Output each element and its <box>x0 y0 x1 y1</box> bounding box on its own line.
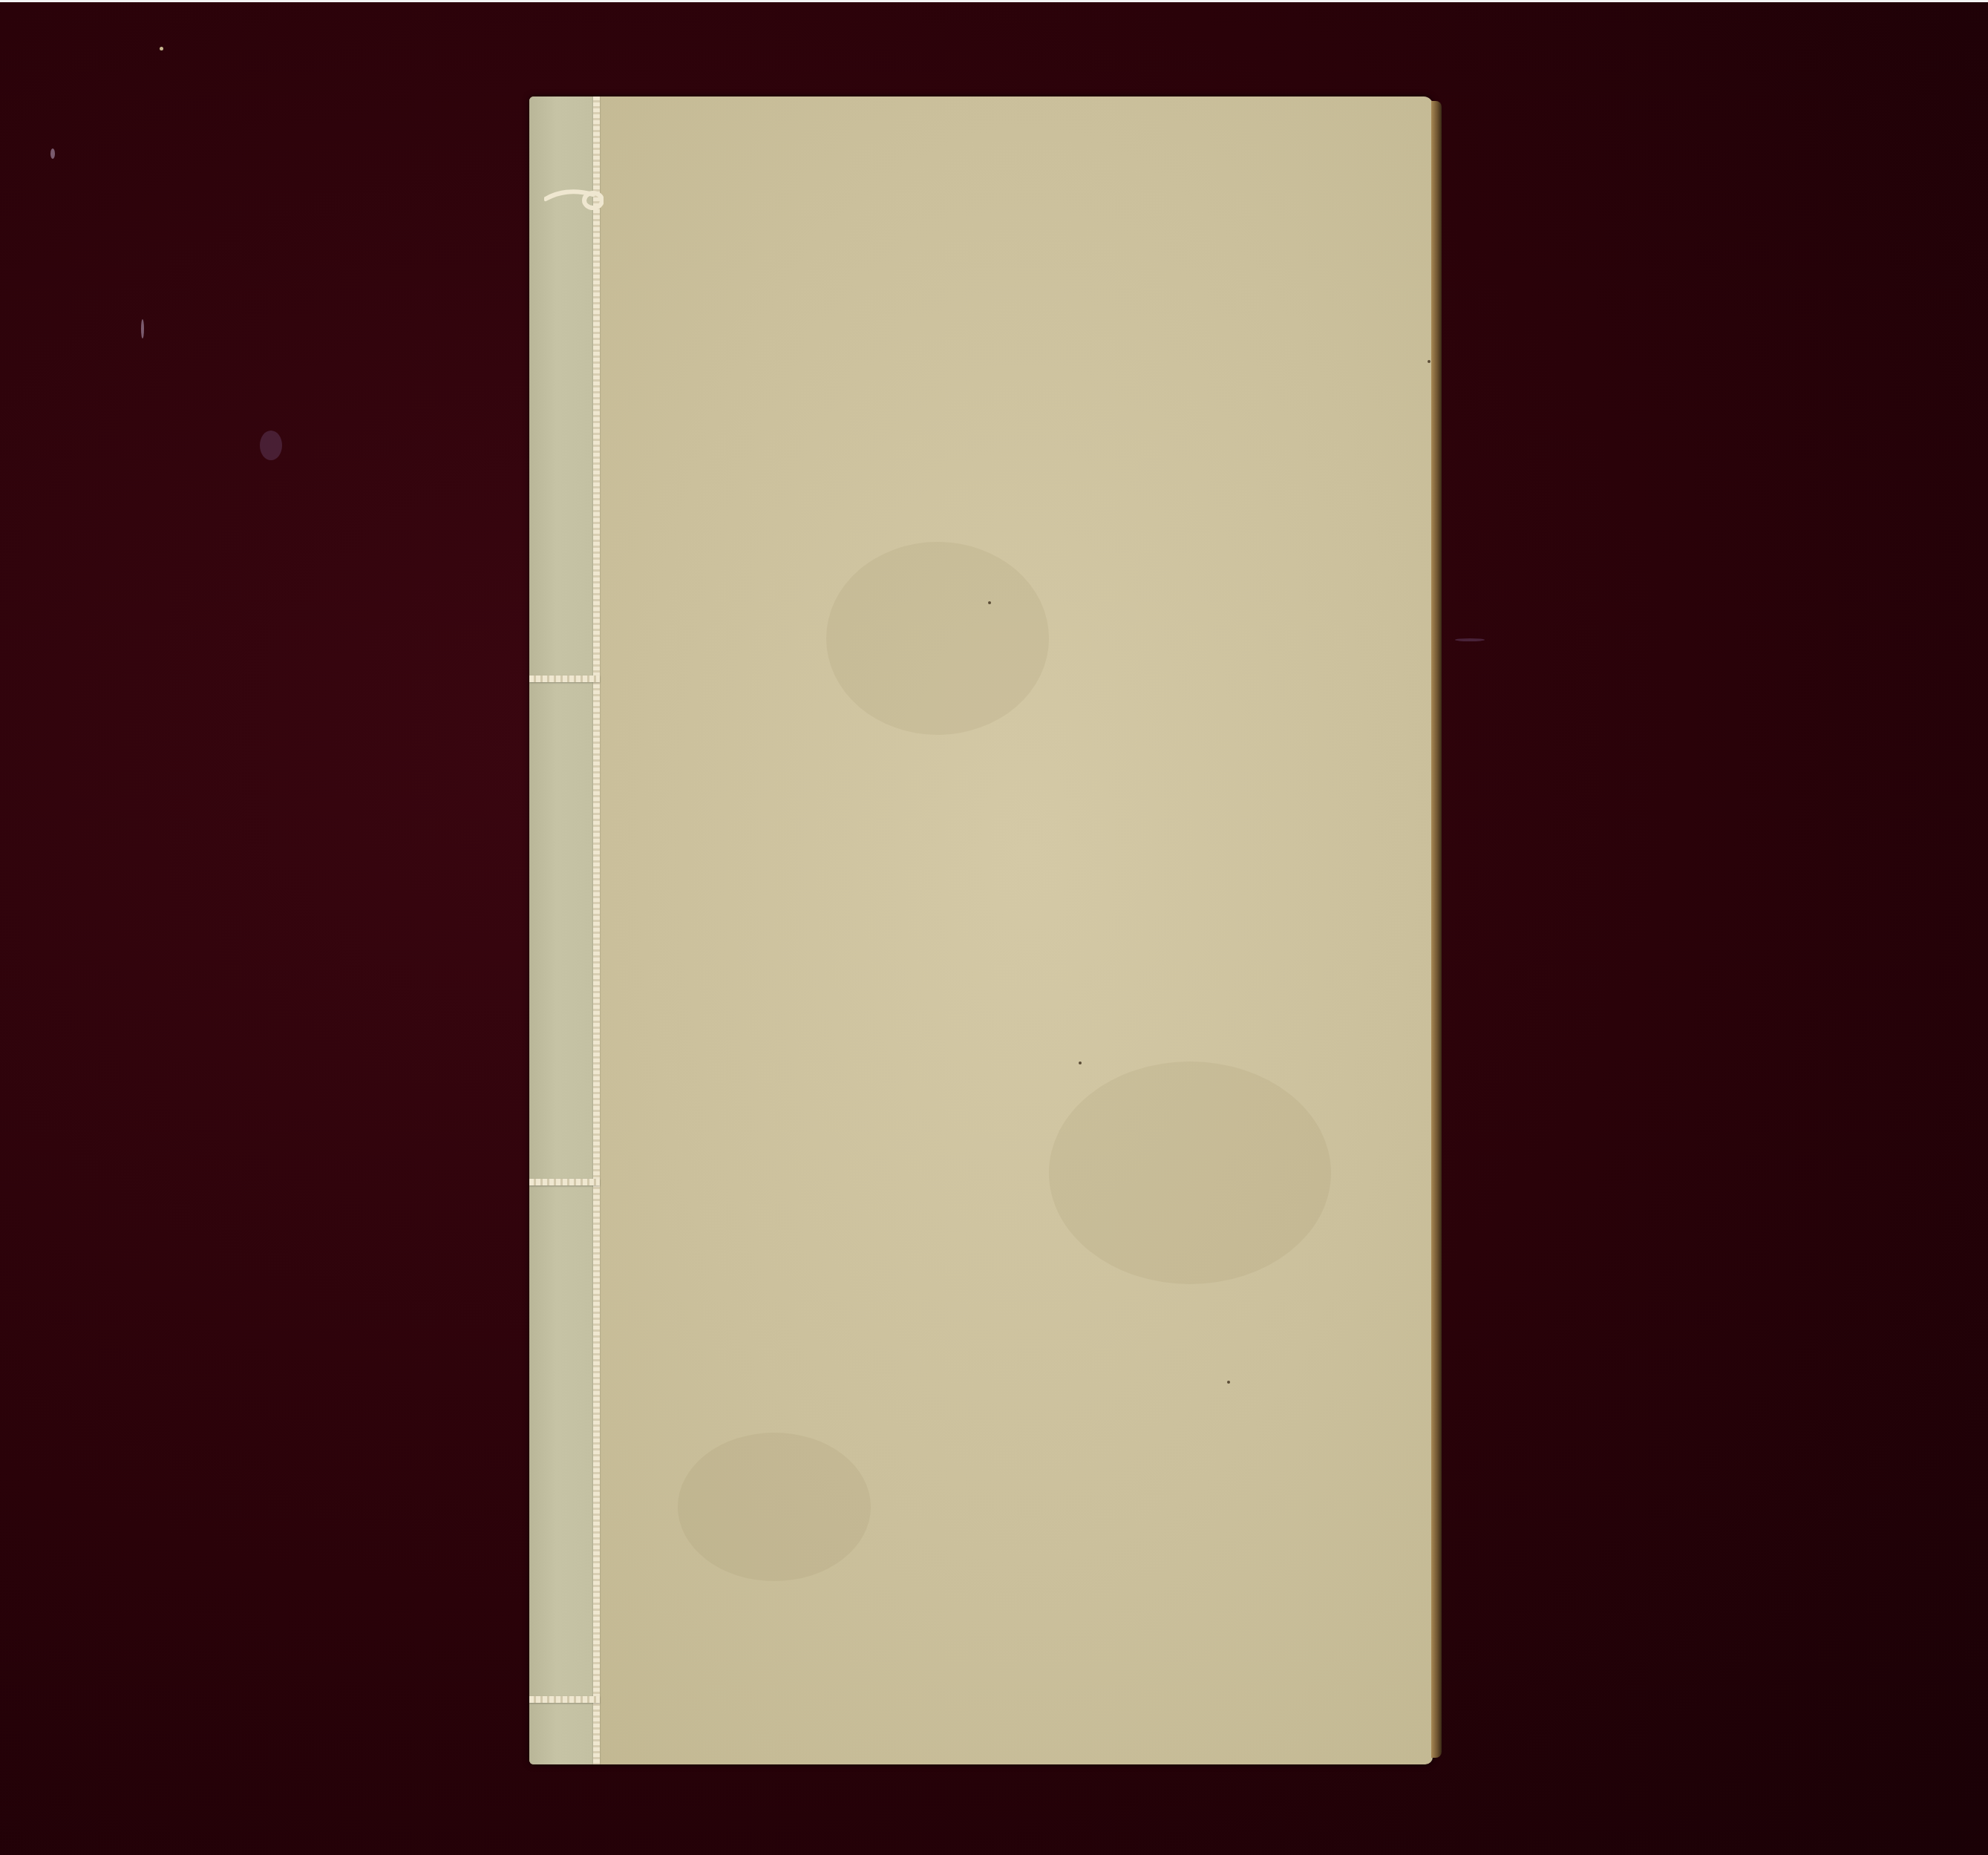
paper-speck <box>1079 1061 1082 1064</box>
paper-stain <box>826 542 1049 735</box>
cloth-fiber <box>50 148 55 159</box>
binding-stitch-1 <box>529 675 600 682</box>
book-spine-strip <box>529 96 598 1764</box>
cloth-fiber <box>141 319 144 338</box>
binding-stitch-2 <box>529 1179 600 1185</box>
cloth-fiber <box>160 47 163 50</box>
paper-speck <box>988 601 991 604</box>
paper-stain <box>678 1433 871 1581</box>
paper-speck <box>1428 360 1430 363</box>
paper-speck <box>1227 1381 1230 1384</box>
book-cover <box>529 96 1433 1764</box>
scan-border <box>0 0 1988 2</box>
thread-knot-icon <box>544 186 604 215</box>
binding-thread-vertical <box>593 96 600 1764</box>
cloth-fiber <box>1455 638 1485 641</box>
cloth-fiber <box>260 431 282 460</box>
paper-stain <box>1049 1061 1331 1284</box>
page-block-edge <box>1431 101 1442 1758</box>
binding-stitch-3 <box>529 1696 600 1703</box>
